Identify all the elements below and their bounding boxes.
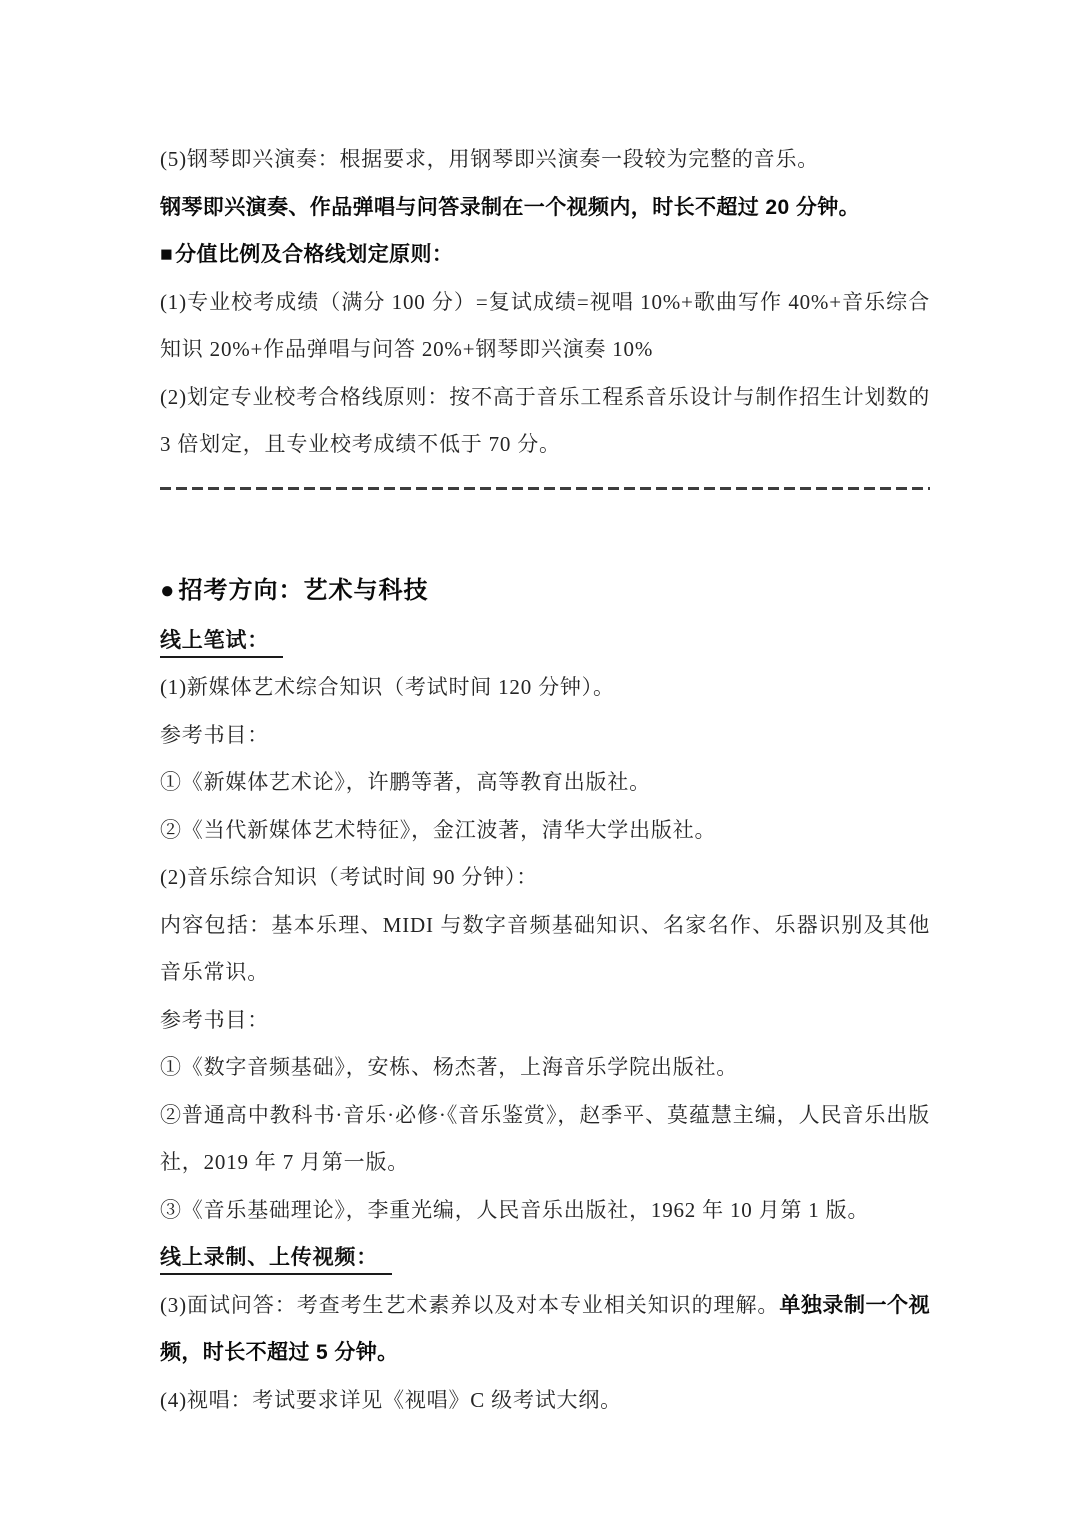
heading-online-record-upload: 线上录制、上传视频：	[160, 1234, 930, 1282]
dashed-divider	[160, 487, 930, 490]
heading-score-ratio: ■分值比例及合格线划定原则：	[160, 231, 930, 279]
list-item-ref1-book1: ①《新媒体艺术论》，许鹏等著，高等教育出版社。	[160, 759, 930, 807]
heading-admission-direction: ●招考方向：艺术与科技	[160, 574, 930, 608]
document-page: (5)钢琴即兴演奏：根据要求，用钢琴即兴演奏一段较为完整的音乐。 钢琴即兴演奏、…	[0, 0, 1080, 1527]
paragraph-pass-line-rule: (2)划定专业校考合格线原则：按不高于音乐工程系音乐设计与制作招生计划数的 3 …	[160, 374, 930, 469]
list-item-ref2-book3: ③《音乐基础理论》，李重光编，人民音乐出版社，1962 年 10 月第 1 版。	[160, 1187, 930, 1235]
heading-online-written-exam-text: 线上笔试：	[160, 628, 283, 658]
paragraph-written-item1: (1)新媒体艺术综合知识（考试时间 120 分钟）。	[160, 664, 930, 712]
list-item-ref2-book1: ①《数字音频基础》，安栋、杨杰著，上海音乐学院出版社。	[160, 1044, 930, 1092]
paragraph-interview-qa-lead: (3)面试问答：考查考生艺术素养以及对本专业相关知识的理解。	[160, 1293, 779, 1317]
paragraph-sight-singing: (4)视唱：考试要求详见《视唱》C 级考试大纲。	[160, 1377, 930, 1425]
paragraph-written-item2: (2)音乐综合知识（考试时间 90 分钟）：	[160, 854, 930, 902]
paragraph-piano-improv: (5)钢琴即兴演奏：根据要求，用钢琴即兴演奏一段较为完整的音乐。	[160, 136, 930, 184]
paragraph-video-time-limit: 钢琴即兴演奏、作品弹唱与问答录制在一个视频内，时长不超过 20 分钟。	[160, 184, 930, 232]
square-bullet-icon: ■	[160, 243, 173, 266]
heading-admission-direction-text: 招考方向：艺术与科技	[179, 577, 429, 604]
label-reference-books-2: 参考书目：	[160, 997, 930, 1045]
paragraph-interview-qa: (3)面试问答：考查考生艺术素养以及对本专业相关知识的理解。单独录制一个视频，时…	[160, 1282, 930, 1377]
heading-online-written-exam: 线上笔试：	[160, 617, 930, 665]
heading-online-record-upload-text: 线上录制、上传视频：	[160, 1245, 392, 1275]
label-reference-books-1: 参考书目：	[160, 712, 930, 760]
heading-score-ratio-text: 分值比例及合格线划定原则：	[175, 243, 453, 266]
circle-bullet-icon: ●	[160, 577, 176, 604]
list-item-ref2-book2: ②普通高中教科书·音乐·必修·《音乐鉴赏》，赵季平、莫蕴慧主编，人民音乐出版社，…	[160, 1092, 930, 1187]
paragraph-written-item2-content: 内容包括：基本乐理、MIDI 与数字音频基础知识、名家名作、乐器识别及其他音乐常…	[160, 902, 930, 997]
paragraph-score-formula: (1)专业校考成绩（满分 100 分）=复试成绩=视唱 10%+歌曲写作 40%…	[160, 279, 930, 374]
list-item-ref1-book2: ②《当代新媒体艺术特征》，金江波著，清华大学出版社。	[160, 807, 930, 855]
